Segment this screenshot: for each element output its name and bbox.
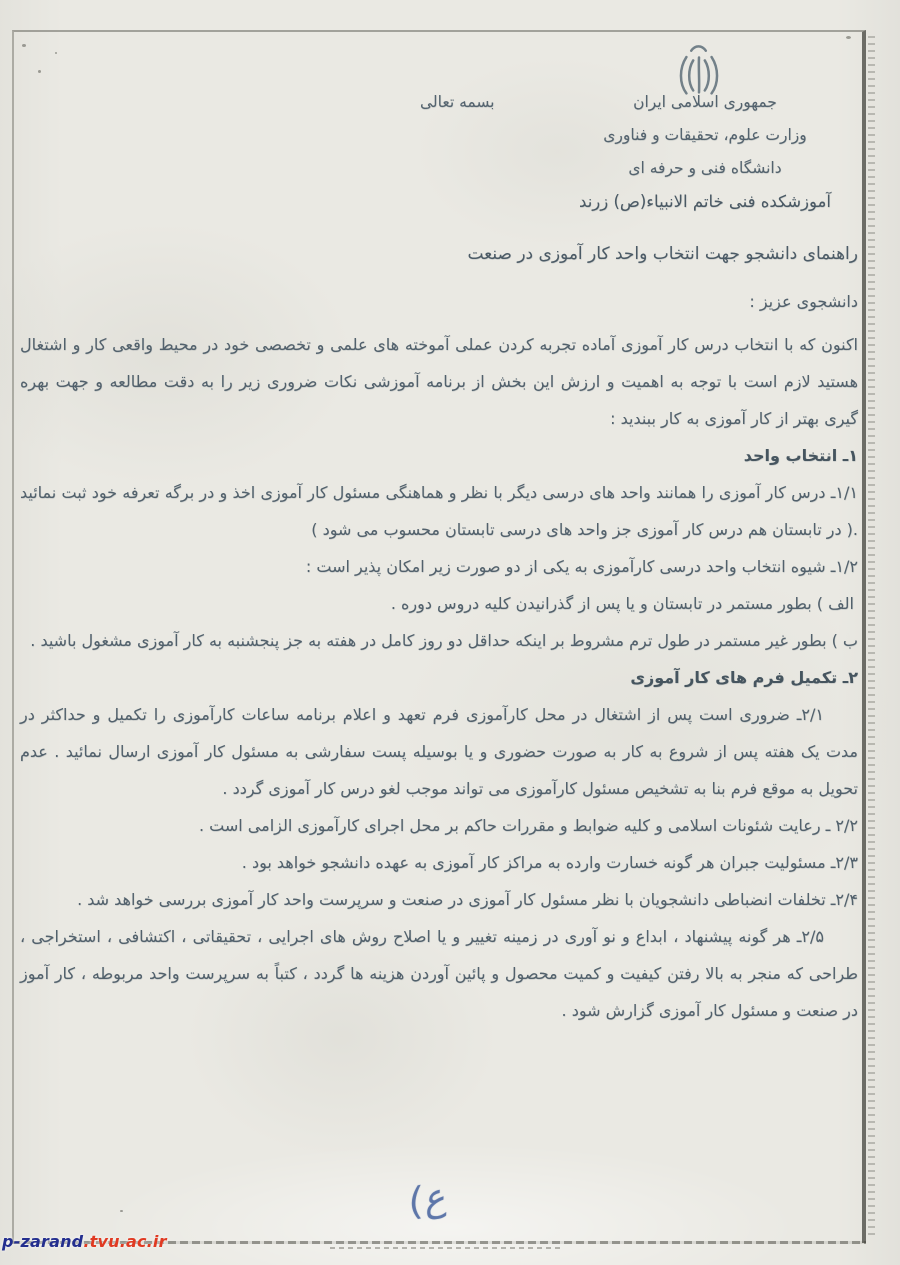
item-2-3: ۲/۳ـ مسئولیت جبران هر گونه خسارت وارده ب… (20, 844, 858, 881)
document-body: راهنمای دانشجو جهت انتخاب واحد کار آموزی… (20, 236, 858, 1029)
besmeleh: بسمه تعالی (420, 93, 495, 111)
item-2-2: ۲/۲ ـ رعایت شئونات اسلامی و کلیه ضوابط و… (20, 807, 858, 844)
handwritten-mark: (ع (404, 1175, 449, 1225)
scan-speckle (55, 52, 57, 54)
site-watermark: p-zarand.tvu.ac.ir (2, 1232, 167, 1251)
scan-speckle (22, 44, 26, 47)
document-title: راهنمای دانشجو جهت انتخاب واحد کار آموزی… (20, 236, 858, 273)
school-name: آموزشکده فنی خاتم الانبیاء(ص) زرند (540, 185, 870, 218)
letterhead: جمهوری اسلامی ایران وزارت علوم، تحقیقات … (540, 86, 870, 218)
scan-speckle (846, 36, 851, 39)
item-2-4: ۲/۴ـ تخلفات انضباطی دانشجویان با نظر مسئ… (20, 881, 858, 918)
scan-dash-artifact (330, 1247, 560, 1249)
ministry-name: وزارت علوم، تحقیقات و فناوری (540, 119, 870, 152)
item-1-2-option-a: الف ) بطور مستمر در تابستان و یا پس از گ… (20, 585, 858, 622)
item-2-5: ۲/۵ـ هر گونه پیشنهاد ، ابداع و نو آوری د… (20, 918, 858, 1029)
item-1-2-option-b: ب ) بطور غیر مستمر در طول ترم مشروط بر ا… (20, 622, 858, 659)
university-name: دانشگاه فنی و حرفه ای (540, 152, 870, 185)
item-1-2: ۱/۲ـ شیوه انتخاب واحد درسی کارآموزی به ی… (20, 548, 858, 585)
country-name: جمهوری اسلامی ایران (540, 86, 870, 119)
watermark-domain-secondary: .tvu.ac.ir (83, 1232, 166, 1251)
watermark-domain-primary: p-zarand (2, 1232, 83, 1251)
item-1-1: ۱/۱ـ درس کار آموزی را همانند واحد های در… (20, 474, 858, 548)
scan-speckle (38, 70, 41, 73)
section-1-heading: ۱ـ انتخاب واحد (20, 437, 858, 474)
intro-paragraph: اکنون که با انتخاب درس کار آموزی آماده ت… (20, 326, 858, 437)
scan-speckle (120, 1210, 123, 1212)
item-2-1: ۲/۱ـ ضروری است پس از اشتغال در محل کارآم… (20, 696, 858, 807)
section-2-heading: ۲ـ تکمیل فرم های کار آموزی (20, 659, 858, 696)
scanned-document-page: جمهوری اسلامی ایران وزارت علوم، تحقیقات … (0, 0, 900, 1265)
salutation: دانشجوی عزیز : (20, 283, 858, 320)
